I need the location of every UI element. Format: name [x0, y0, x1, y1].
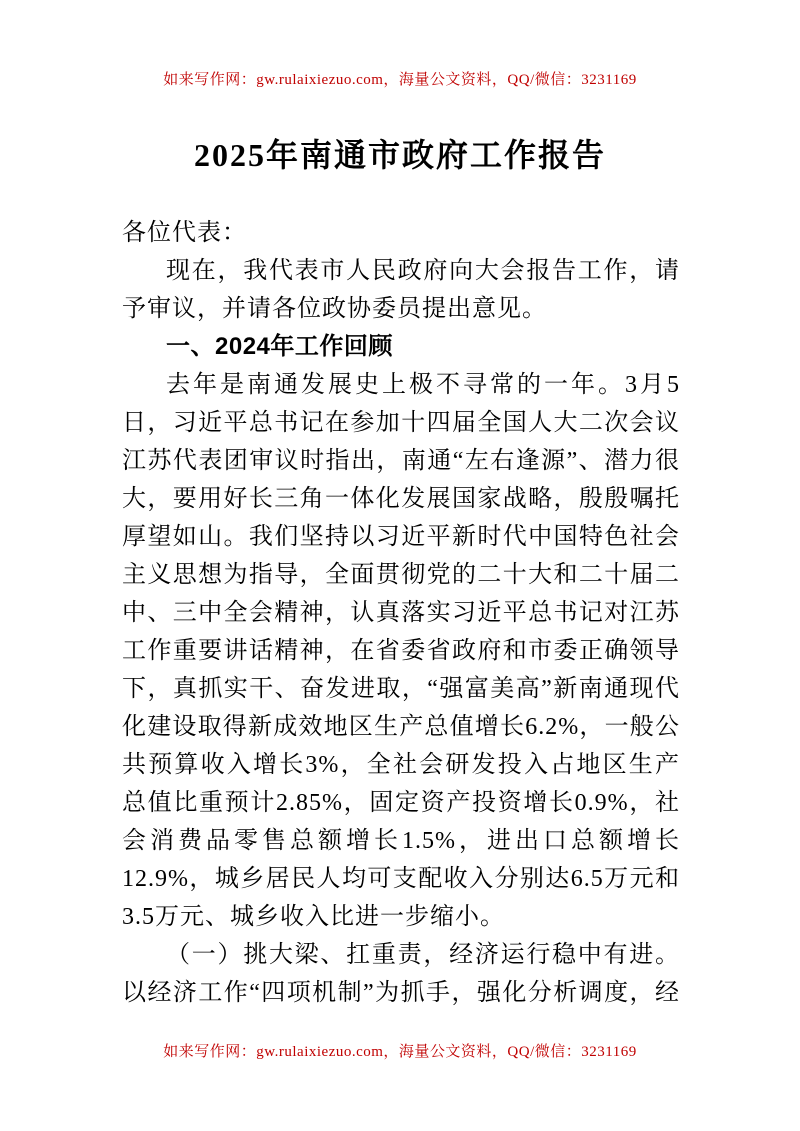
document-title: 2025年南通市政府工作报告: [0, 130, 800, 176]
salutation-line: 各位代表：: [122, 214, 680, 252]
intro-paragraph: 现在，我代表市人民政府向大会报告工作，请予审议，并请各位政协委员提出意见。: [122, 252, 680, 328]
section-heading-2024-review: 一、2024年工作回顾: [122, 328, 680, 366]
economy-section-paragraph: （一）挑大梁、扛重责，经济运行稳中有进。以经济工作“四项机制”为抓手，强化分析调…: [122, 936, 680, 1014]
header-watermark: 如来写作网：gw.rulaixiezuo.com，海量公文资料，QQ/微信：32…: [0, 68, 800, 89]
document-body: 各位代表： 现在，我代表市人民政府向大会报告工作，请予审议，并请各位政协委员提出…: [122, 214, 680, 1014]
footer-watermark: 如来写作网：gw.rulaixiezuo.com，海量公文资料，QQ/微信：32…: [0, 1040, 800, 1061]
review-overview-paragraph: 去年是南通发展史上极不寻常的一年。3月5日，习近平总书记在参加十四届全国人大二次…: [122, 366, 680, 936]
document-page: 如来写作网：gw.rulaixiezuo.com，海量公文资料，QQ/微信：32…: [0, 0, 800, 1131]
